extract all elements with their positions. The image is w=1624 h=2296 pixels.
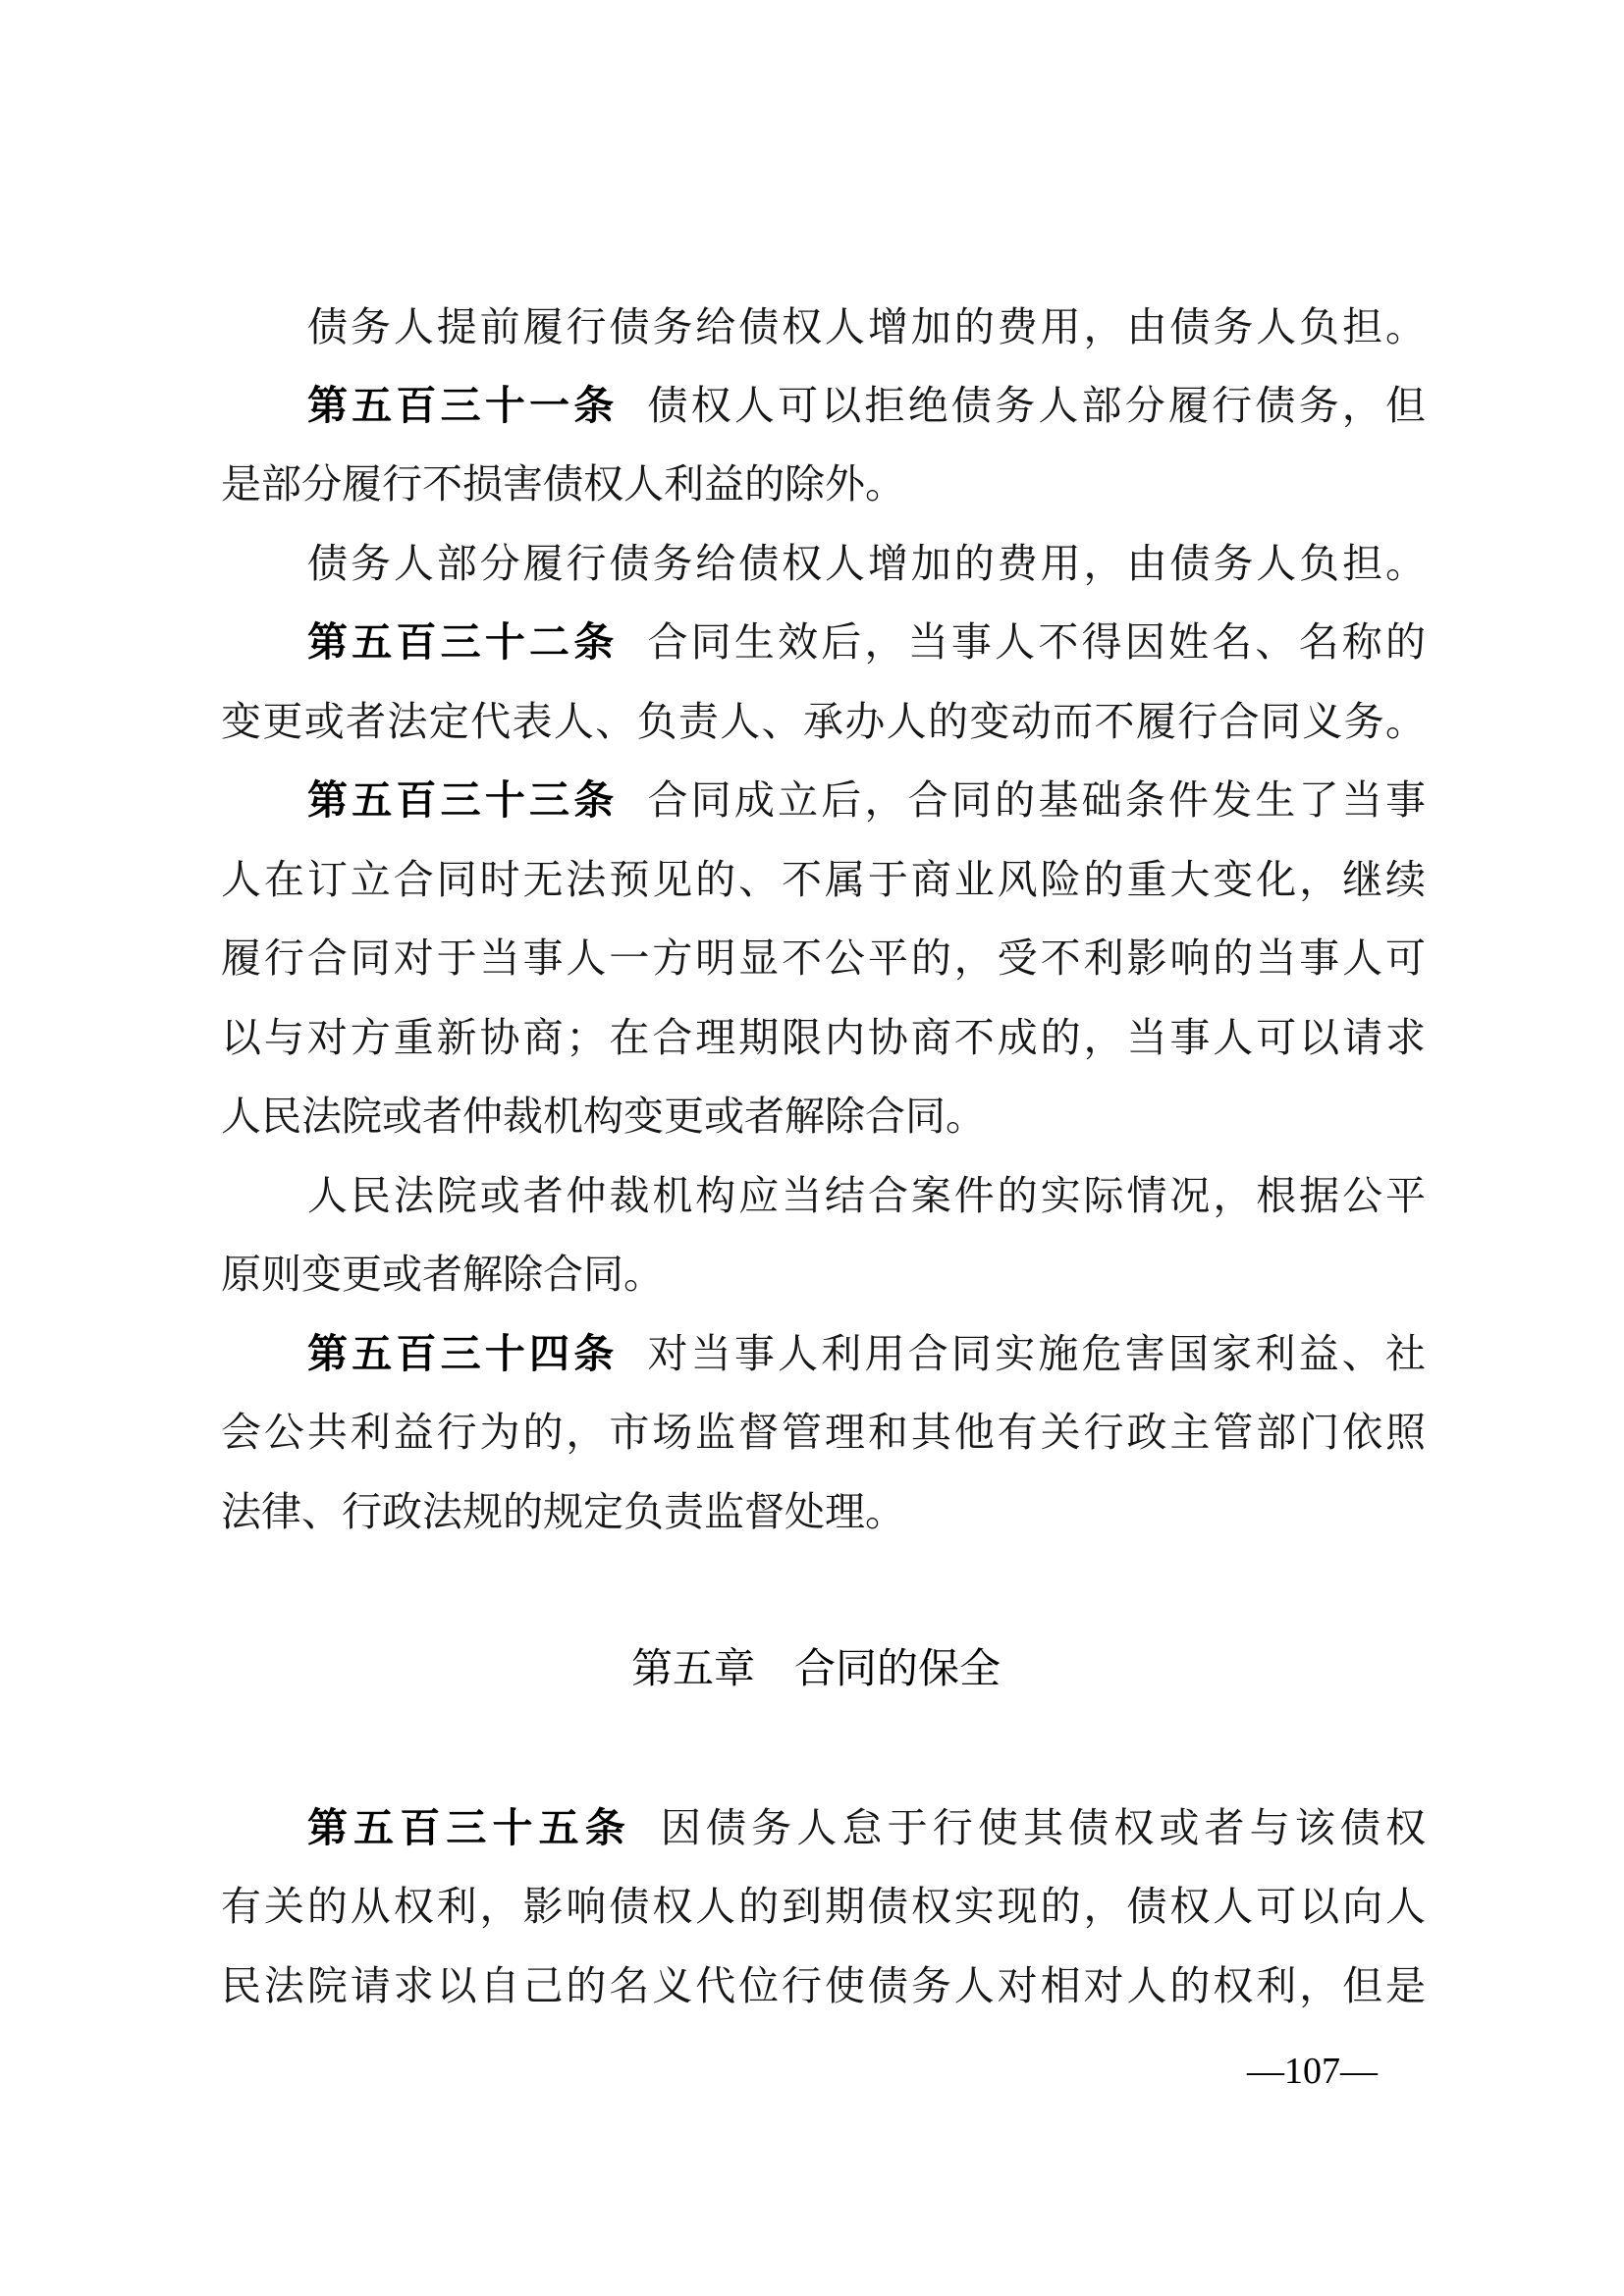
paragraph-line: 法律、行政法规的规定负责监督处理。 bbox=[221, 1472, 1426, 1551]
line-text: 人民法院或者仲裁机构应当结合案件的实际情况，根据公平 bbox=[307, 1172, 1426, 1219]
line-text: 债权人可以拒绝债务人部分履行债务，但 bbox=[647, 382, 1426, 429]
paragraph-line: 是部分履行不损害债权人利益的除外。 bbox=[221, 445, 1426, 523]
paragraph-line: 人民法院或者仲裁机构变更或者解除合同。 bbox=[221, 1077, 1426, 1155]
line-text: 人民法院或者仲裁机构变更或者解除合同。 bbox=[221, 1093, 986, 1140]
line-text: 履行合同对于当事人一方明显不公平的，受不利影响的当事人可 bbox=[221, 934, 1426, 982]
line-text: 法律、行政法规的规定负责监督处理。 bbox=[221, 1488, 905, 1535]
line-text: 民法院请求以自己的名义代位行使债务人对相对人的权利，但是 bbox=[221, 1962, 1426, 2009]
chapter-title: 合同的保全 bbox=[794, 1644, 1001, 1692]
article-number: 第五百三十五条 bbox=[307, 1804, 631, 1851]
article-532-line: 第五百三十二条合同生效后，当事人不得因姓名、名称的 bbox=[307, 603, 1426, 681]
paragraph-line: 原则变更或者解除合同。 bbox=[221, 1235, 1426, 1313]
line-text: 债务人部分履行债务给债权人增加的费用，由债务人负担。 bbox=[307, 540, 1426, 587]
chapter-heading: 第五章合同的保全 bbox=[0, 1629, 1624, 1708]
line-text: 合同生效后，当事人不得因姓名、名称的 bbox=[647, 618, 1426, 666]
line-text: 以与对方重新协商；在合理期限内协商不成的，当事人可以请求 bbox=[221, 1014, 1426, 1061]
paragraph-line: 民法院请求以自己的名义代位行使债务人对相对人的权利，但是 bbox=[221, 1947, 1426, 2025]
chapter-number: 第五章 bbox=[631, 1644, 755, 1692]
article-534-line: 第五百三十四条对当事人利用合同实施危害国家利益、社 bbox=[307, 1314, 1426, 1393]
document-page: 债务人提前履行债务给债权人增加的费用，由债务人负担。 第五百三十一条债权人可以拒… bbox=[0, 0, 1624, 2296]
line-text: 债务人提前履行债务给债权人增加的费用，由债务人负担。 bbox=[307, 303, 1426, 350]
line-text: 有关的从权利，影响债权人的到期债权实现的，债权人可以向人 bbox=[221, 1883, 1426, 1930]
line-text: 原则变更或者解除合同。 bbox=[221, 1251, 664, 1298]
line-text: 对当事人利用合同实施危害国家利益、社 bbox=[647, 1330, 1426, 1377]
article-number: 第五百三十一条 bbox=[307, 382, 618, 429]
paragraph-line: 人民法院或者仲裁机构应当结合案件的实际情况，根据公平 bbox=[307, 1156, 1426, 1235]
paragraph-line: 会公共利益行为的，市场监督管理和其他有关行政主管部门依照 bbox=[221, 1393, 1426, 1471]
article-531-line: 第五百三十一条债权人可以拒绝债务人部分履行债务，但 bbox=[307, 366, 1426, 445]
line-text: 合同成立后，合同的基础条件发生了当事 bbox=[647, 776, 1426, 824]
paragraph-line: 债务人部分履行债务给债权人增加的费用，由债务人负担。 bbox=[307, 524, 1426, 603]
paragraph-line: 履行合同对于当事人一方明显不公平的，受不利影响的当事人可 bbox=[221, 919, 1426, 997]
article-533-line: 第五百三十三条合同成立后，合同的基础条件发生了当事 bbox=[307, 761, 1426, 839]
line-text: 人在订立合同时无法预见的、不属于商业风险的重大变化，继续 bbox=[221, 856, 1426, 903]
line-text: 是部分履行不损害债权人利益的除外。 bbox=[221, 460, 905, 507]
paragraph-line: 有关的从权利，影响债权人的到期债权实现的，债权人可以向人 bbox=[221, 1867, 1426, 1946]
article-number: 第五百三十二条 bbox=[307, 618, 618, 666]
article-number: 第五百三十四条 bbox=[307, 1330, 618, 1377]
line-text: 变更或者法定代表人、负责人、承办人的变动而不履行合同义务。 bbox=[221, 698, 1426, 745]
paragraph-line: 人在订立合同时无法预见的、不属于商业风险的重大变化，继续 bbox=[221, 840, 1426, 919]
line-text: 会公共利益行为的，市场监督管理和其他有关行政主管部门依照 bbox=[221, 1409, 1426, 1456]
article-number: 第五百三十三条 bbox=[307, 776, 618, 824]
paragraph-line: 变更或者法定代表人、负责人、承办人的变动而不履行合同义务。 bbox=[221, 682, 1426, 761]
line-text: 因债务人怠于行使其债权或者与该债权 bbox=[661, 1804, 1426, 1851]
paragraph-line: 以与对方重新协商；在合理期限内协商不成的，当事人可以请求 bbox=[221, 998, 1426, 1077]
page-number: —107— bbox=[1247, 2047, 1378, 2096]
article-535-line: 第五百三十五条因债务人怠于行使其债权或者与该债权 bbox=[307, 1789, 1426, 1867]
paragraph-line: 债务人提前履行债务给债权人增加的费用，由债务人负担。 bbox=[307, 288, 1426, 366]
